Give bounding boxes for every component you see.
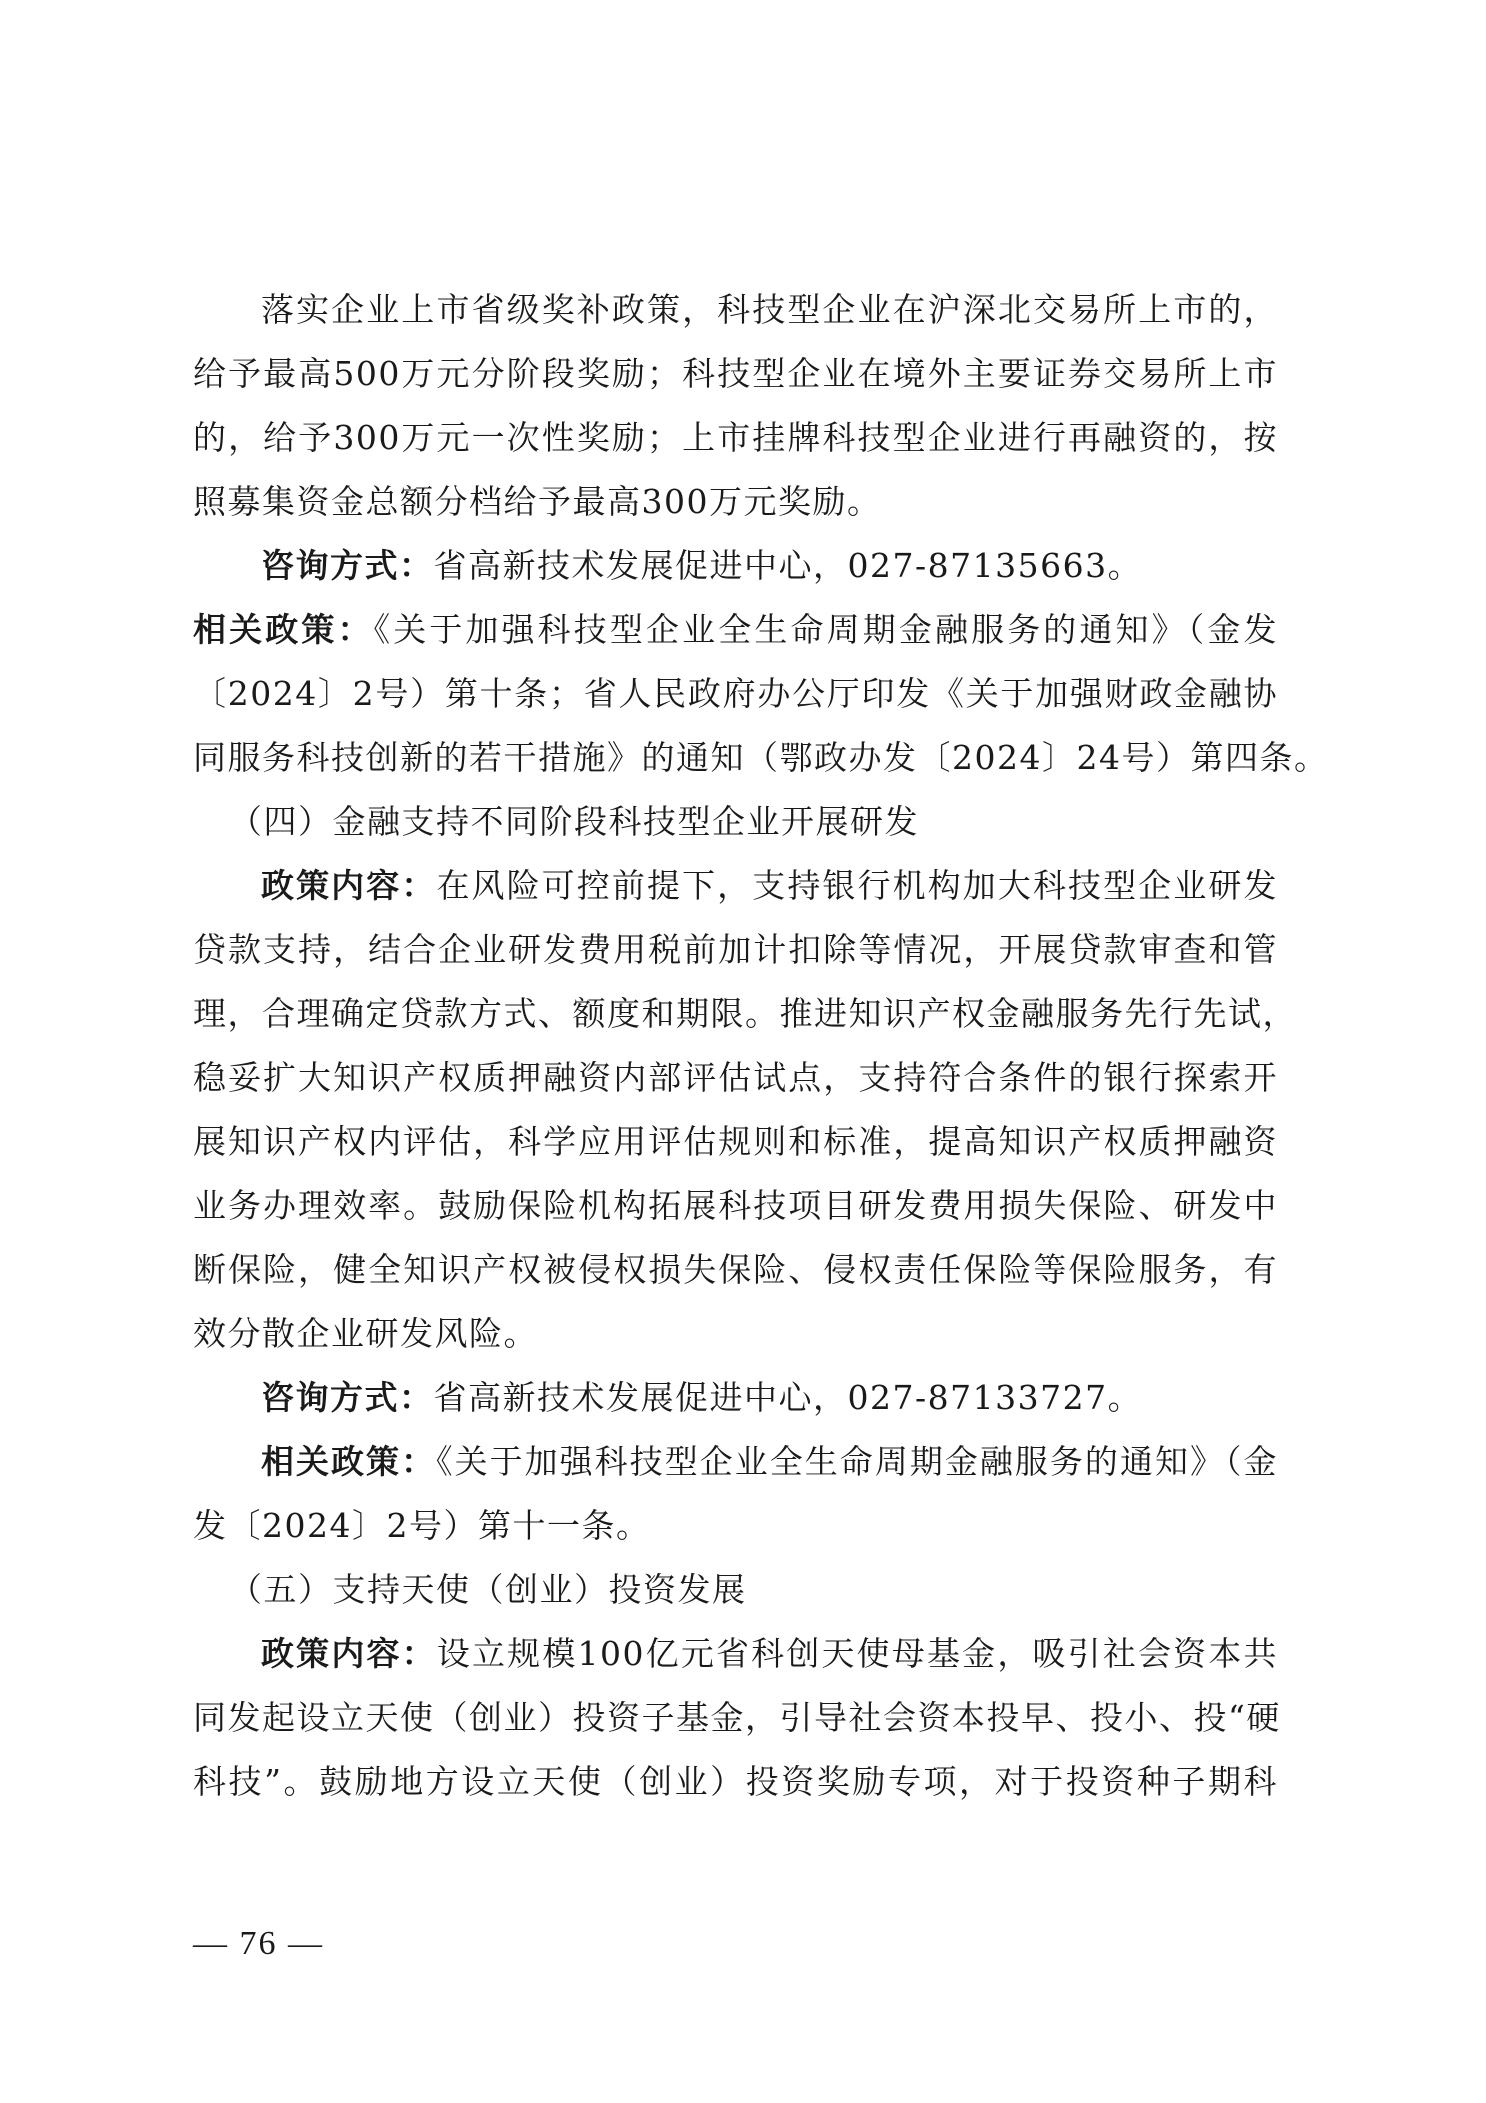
paragraph-line: 的，给予300万元一次性奖励；上市挂牌科技型企业进行再融资的，按 [193,406,1278,470]
contact-label: 咨询方式： [261,546,434,585]
paragraph-line: 理，合理确定贷款方式、额度和期限。推进知识产权金融服务先行先试， [193,982,1278,1046]
contact-label: 咨询方式： [261,1378,434,1417]
policy-content-text: 在风险可控前提下，支持银行机构加大科技型企业研发 [436,866,1278,905]
related-policy-text: 《关于加强科技型企业全生命周期金融服务的通知》（金发 [374,610,1278,649]
page-number: — 76 — [193,1925,324,1963]
policy-content-line: 政策内容：在风险可控前提下，支持银行机构加大科技型企业研发 [193,854,1278,918]
related-policy-text: 《关于加强科技型企业全生命周期金融服务的通知》（金 [436,1442,1278,1481]
contact-text: 省高新技术发展促进中心，027-87133727。 [434,1378,1143,1417]
policy-content-line: 政策内容：设立规模100亿元省科创天使母基金，吸引社会资本共 [193,1622,1278,1686]
related-policy-line: 〔2024〕2号）第十条；省人民政府办公厅印发《关于加强财政金融协 [193,662,1278,726]
related-policy-line: 相关政策：《关于加强科技型企业全生命周期金融服务的通知》（金发 [193,598,1278,662]
paragraph-line: 业务办理效率。鼓励保险机构拓展科技项目研发费用损失保险、研发中 [193,1174,1278,1238]
paragraph-line: 稳妥扩大知识产权质押融资内部评估试点，支持符合条件的银行探索开 [193,1046,1278,1110]
contact-line: 咨询方式：省高新技术发展促进中心，027-87133727。 [193,1366,1142,1430]
policy-content-label: 政策内容： [261,866,436,905]
related-policy-line: 同服务科技创新的若干措施》的通知（鄂政办发〔2024〕24号）第四条。 [193,726,1278,790]
section-heading: （四）金融支持不同阶段科技型企业开展研发 [229,790,919,854]
policy-content-text: 设立规模100亿元省科创天使母基金，吸引社会资本共 [437,1634,1278,1673]
paragraph-line: 效分散企业研发风险。 [193,1302,538,1366]
contact-line: 咨询方式：省高新技术发展促进中心，027-87135663。 [193,534,1142,598]
paragraph-line: 落实企业上市省级奖补政策，科技型企业在沪深北交易所上市的， [193,278,1278,342]
related-policy-label: 相关政策： [193,610,374,649]
contact-text: 省高新技术发展促进中心，027-87135663。 [434,546,1143,585]
related-policy-line: 相关政策：《关于加强科技型企业全生命周期金融服务的通知》（金 [193,1430,1278,1494]
related-policy-line: 发〔2024〕2号）第十一条。 [193,1494,650,1558]
paragraph-line: 给予最高500万元分阶段奖励；科技型企业在境外主要证券交易所上市 [193,342,1278,406]
paragraph-line: 照募集资金总额分档给予最高300万元奖励。 [193,470,882,534]
policy-content-label: 政策内容： [261,1634,437,1673]
paragraph-line: 断保险，健全知识产权被侵权损失保险、侵权责任保险等保险服务，有 [193,1238,1278,1302]
related-policy-label: 相关政策： [261,1442,436,1481]
paragraph-line: 贷款支持，结合企业研发费用税前加计扣除等情况，开展贷款审查和管 [193,918,1278,982]
paragraph-line: 同发起设立天使（创业）投资子基金，引导社会资本投早、投小、投“硬 [193,1686,1278,1750]
paragraph-line: 展知识产权内评估，科学应用评估规则和标准，提高知识产权质押融资 [193,1110,1278,1174]
section-heading: （五）支持天使（创业）投资发展 [229,1558,747,1622]
paragraph-line: 科技”。鼓励地方设立天使（创业）投资奖励专项，对于投资种子期科 [193,1750,1278,1814]
